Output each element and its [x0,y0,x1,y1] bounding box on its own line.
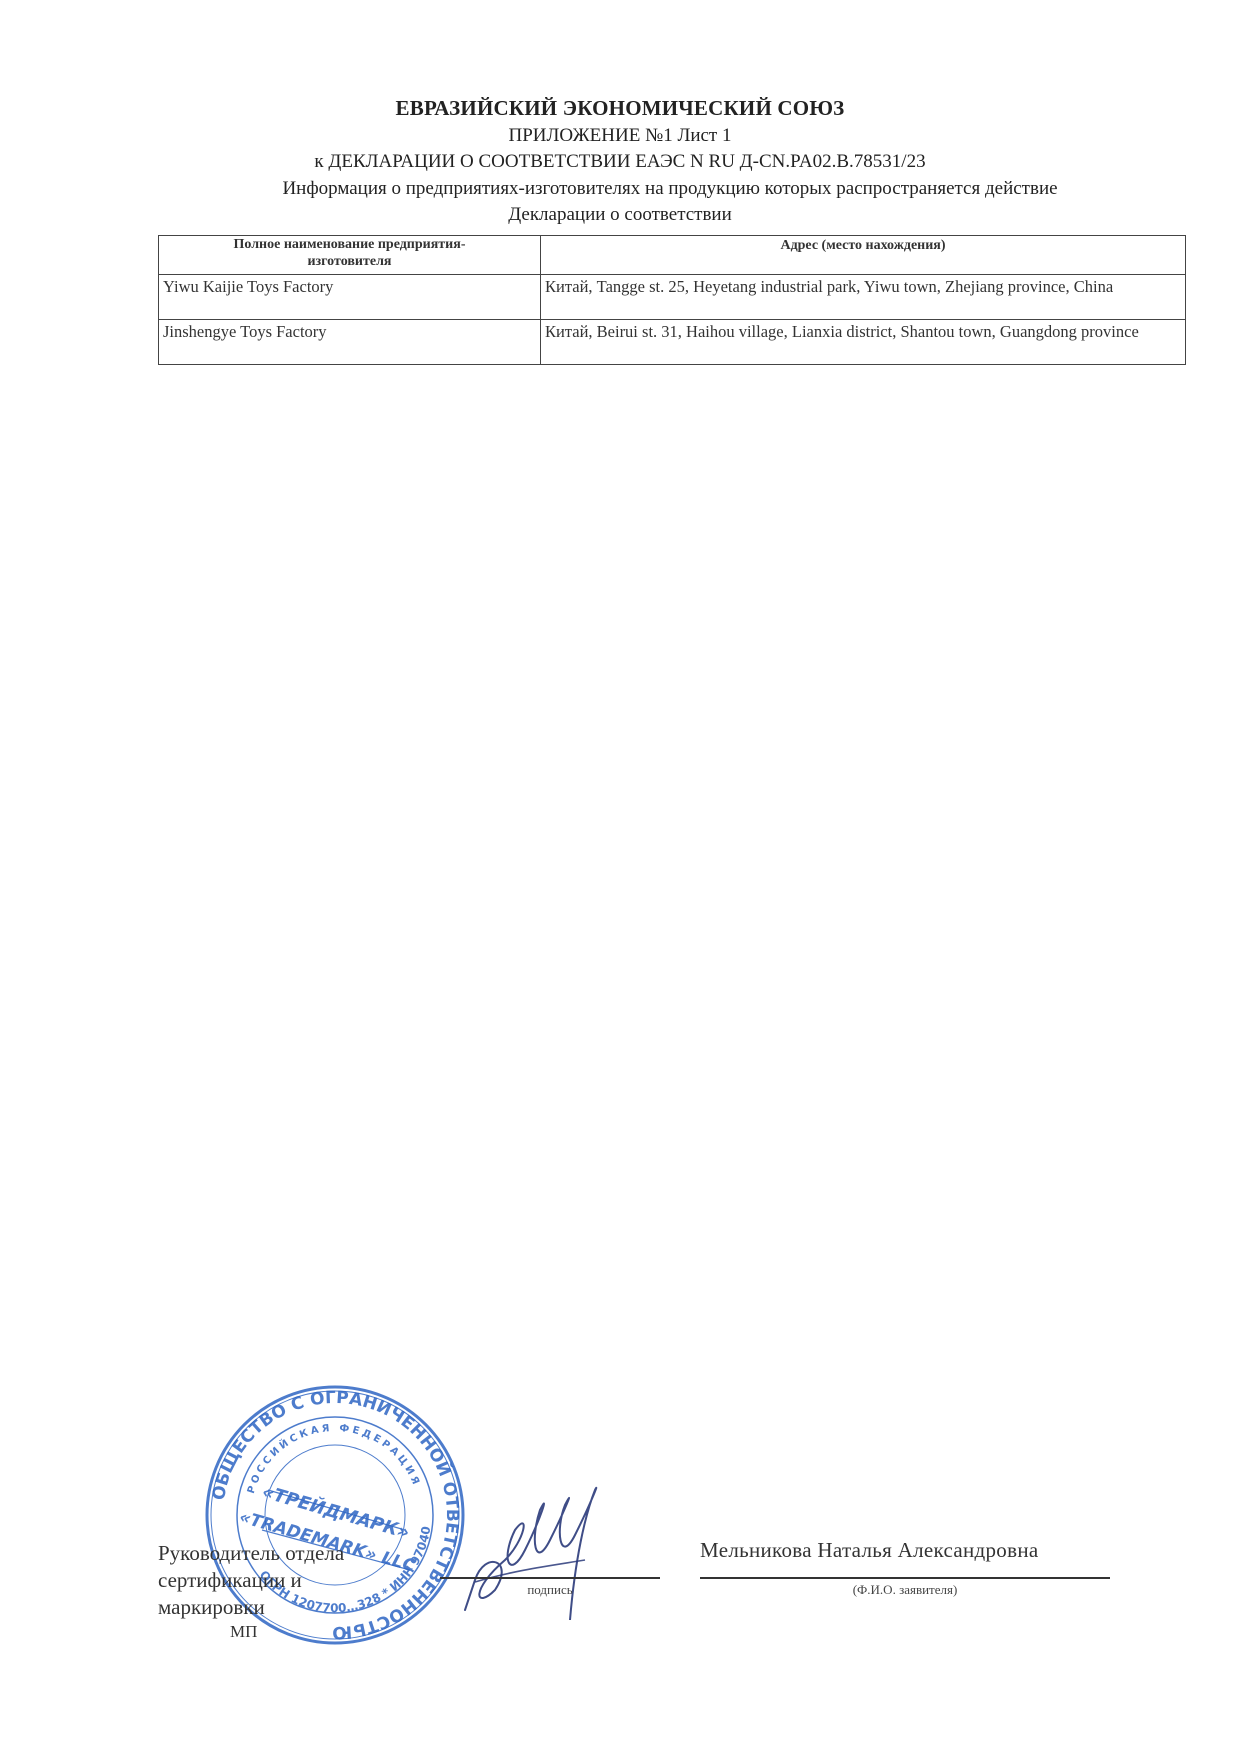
table-row: Jinshengye Toys Factory Китай, Beirui st… [159,320,1186,365]
info-line-1: Информация о предприятиях-изготовителях … [50,178,1240,200]
table-header-row: Полное наименование предприятия-изготови… [159,236,1186,275]
name-caption: (Ф.И.О. заявителя) [700,1582,1110,1598]
signature-caption: подпись [440,1582,660,1598]
position-line-1: Руководитель отдела [158,1540,344,1567]
manufacturer-name: Yiwu Kaijie Toys Factory [159,275,541,320]
manufacturers-table: Полное наименование предприятия-изготови… [158,235,1186,365]
seal-place-label: МП [230,1622,257,1642]
column-header-name: Полное наименование предприятия-изготови… [159,236,541,275]
manufacturer-address: Китай, Beirui st. 31, Haihou village, Li… [541,320,1186,365]
appendix-title: ПРИЛОЖЕНИЕ №1 Лист 1 [0,125,1240,147]
name-line [700,1577,1110,1579]
info-line-2: Декларации о соответствии [0,204,1240,226]
position-line-2: сертификации и [158,1567,344,1594]
declaration-ref: к ДЕКЛАРАЦИИ О СООТВЕТСТВИИ ЕАЭС N RU Д-… [0,151,1240,173]
manufacturer-address: Китай, Tangge st. 25, Heyetang industria… [541,275,1186,320]
applicant-full-name: Мельникова Наталья Александровна [700,1538,1038,1563]
manufacturer-name: Jinshengye Toys Factory [159,320,541,365]
column-header-address: Адрес (место нахождения) [541,236,1186,275]
union-title: ЕВРАЗИЙСКИЙ ЭКОНОМИЧЕСКИЙ СОЮЗ [0,96,1240,121]
signer-position: Руководитель отдела сертификации и марки… [158,1540,344,1621]
position-line-3: маркировки [158,1594,344,1621]
table-row: Yiwu Kaijie Toys Factory Китай, Tangge s… [159,275,1186,320]
signature-line [440,1577,660,1579]
